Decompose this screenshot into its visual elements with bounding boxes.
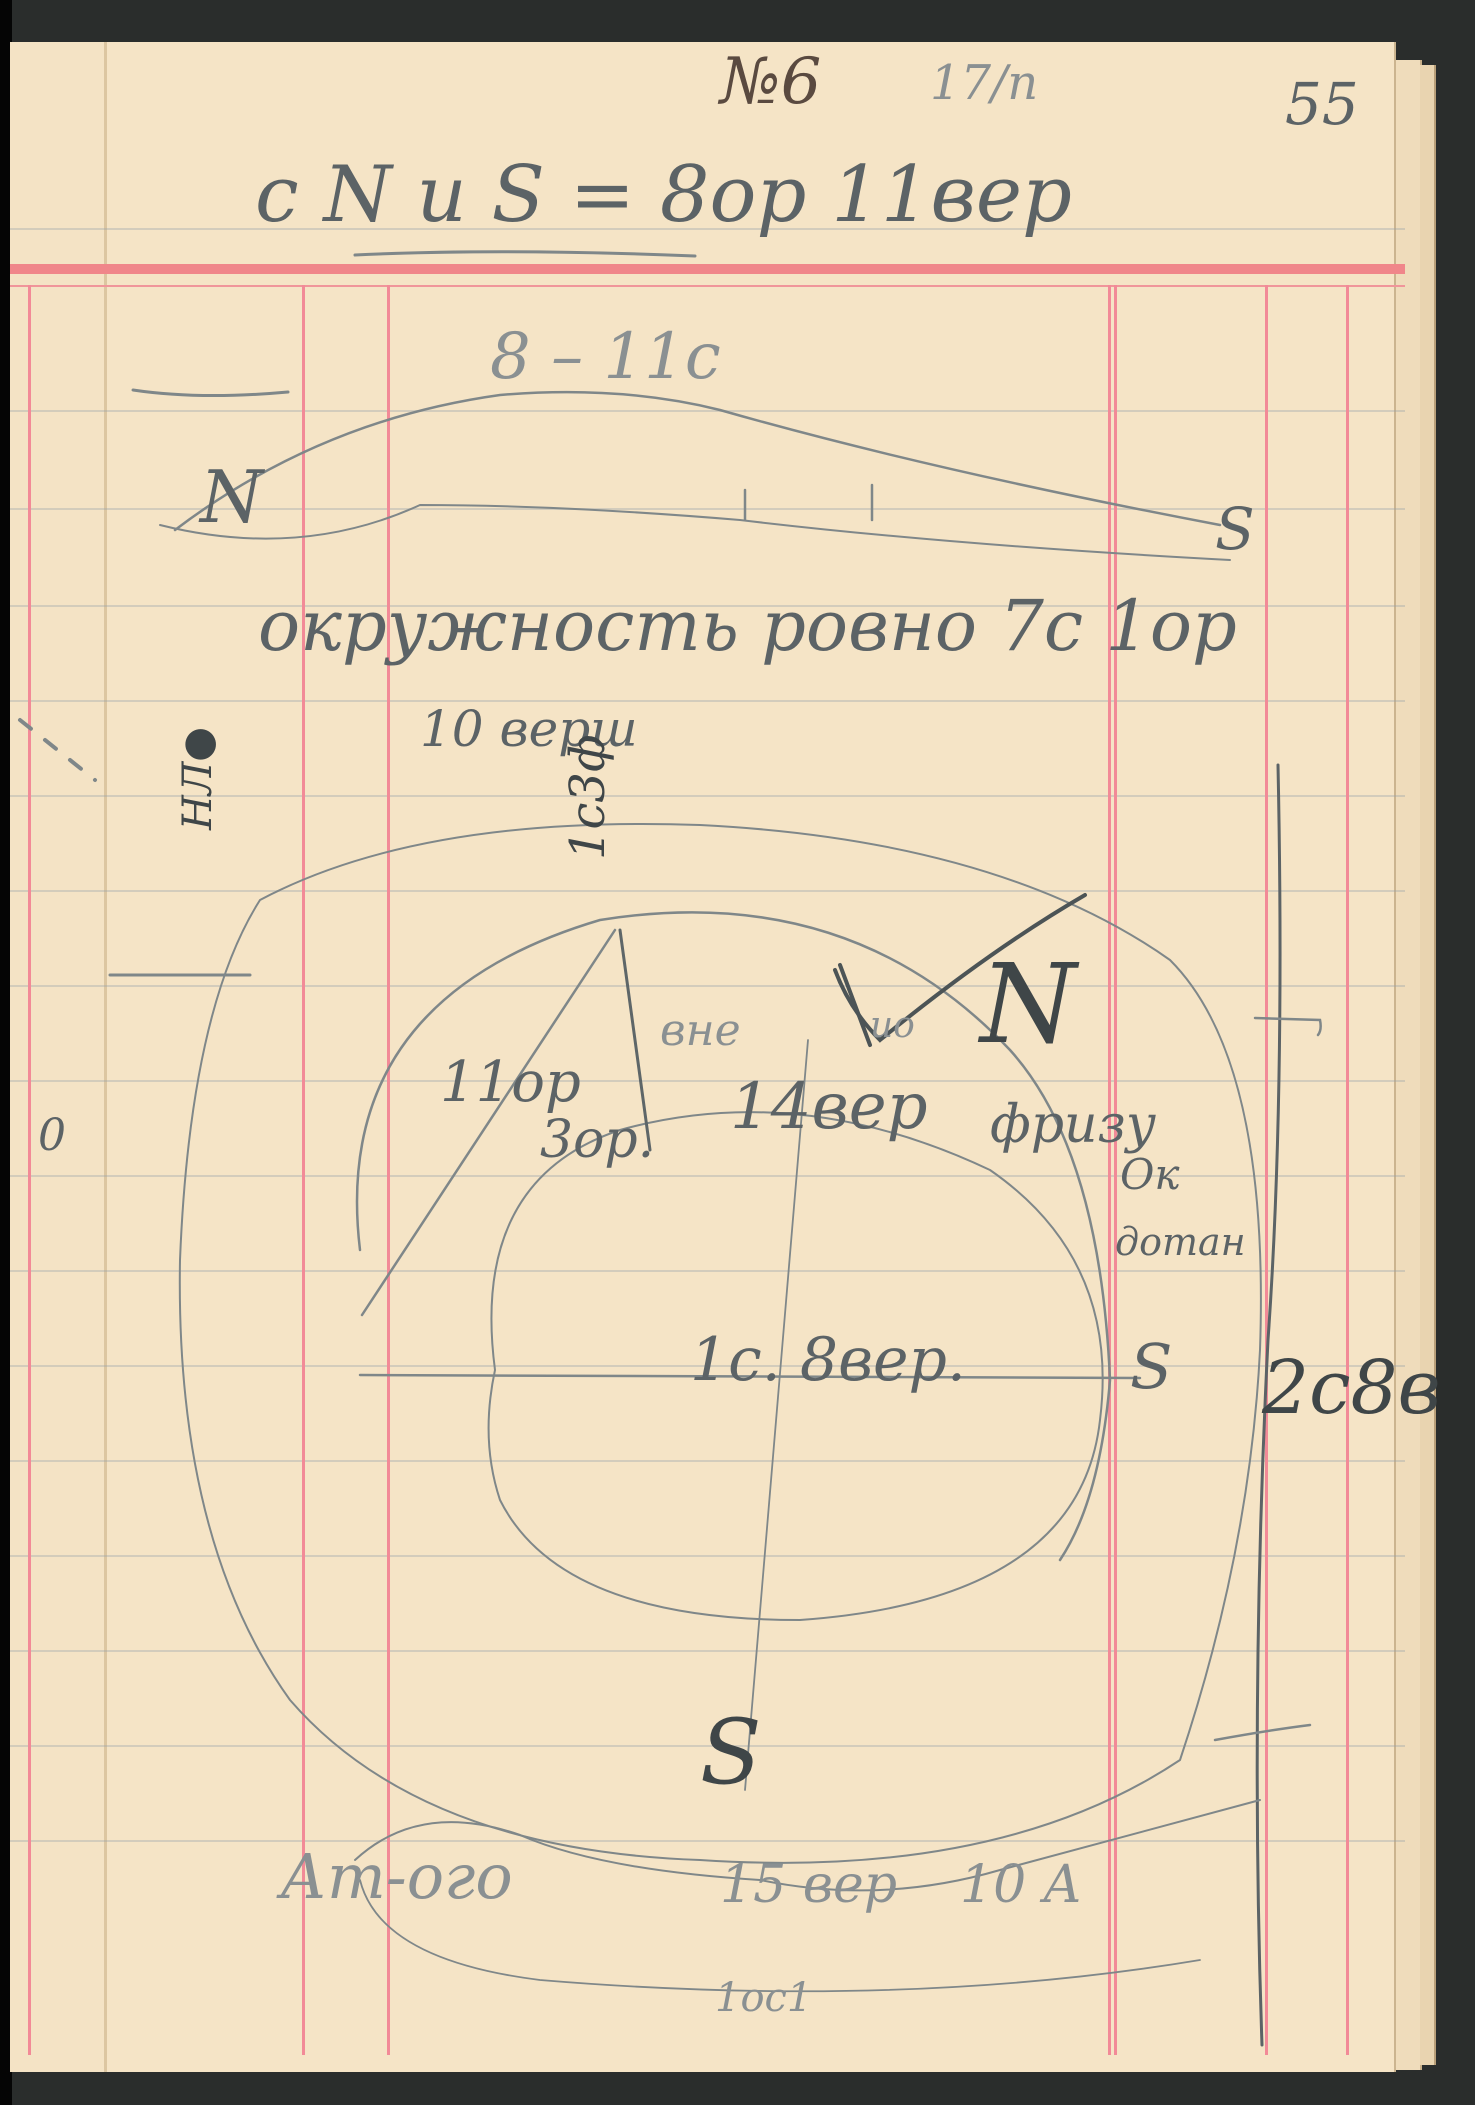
label-frizu: фризу (990, 1095, 1156, 1155)
left-page-bottom-mark: ℓh● (0, 1700, 5, 1785)
note-line-1: окружность ровно 7с 1ор (258, 585, 1237, 667)
bottom-label-left: Ат-ого (280, 1840, 513, 1913)
label-11op: 11ор (440, 1050, 581, 1115)
pencil-date-note: 17/п (930, 55, 1038, 111)
label-okr: Ок (1120, 1150, 1180, 1199)
label-vne: вне (660, 1005, 741, 1056)
center-label: 1с. 8вер. (690, 1325, 966, 1395)
label-14ver: 14вер (730, 1070, 928, 1144)
label-doran: дотан (1115, 1220, 1246, 1264)
page-number: 55 (1285, 70, 1359, 138)
left-page-mark: НЛ● (175, 727, 221, 830)
label-3op: 3ор. (540, 1110, 654, 1170)
east-point-label: S (1130, 1330, 1172, 1403)
left-page-zero: 0 (38, 1110, 66, 1161)
south-label-right: S (1215, 495, 1255, 563)
bracket-label: 2с8в (1262, 1345, 1441, 1431)
south-point-label: S (700, 1700, 762, 1805)
label-mo: ио (870, 1005, 915, 1046)
bottom-label-mid: 15 вер (720, 1855, 897, 1915)
circle-north-label: N (980, 940, 1076, 1068)
vertical-mark: 1с3ф (560, 734, 616, 860)
bottom-small-label: 1ос1 (715, 1975, 812, 2021)
north-label-left: N (200, 455, 263, 539)
notebook-number: №6 (720, 45, 821, 119)
bottom-label-right: 10 А (960, 1855, 1082, 1915)
arc-label: 8 – 11с (490, 320, 721, 394)
notebook-scan: №6 17/п 55 с N и S = 8ор 11вер 8 – 11с N… (0, 0, 1475, 2105)
title-line: с N и S = 8ор 11вер (255, 150, 1072, 240)
